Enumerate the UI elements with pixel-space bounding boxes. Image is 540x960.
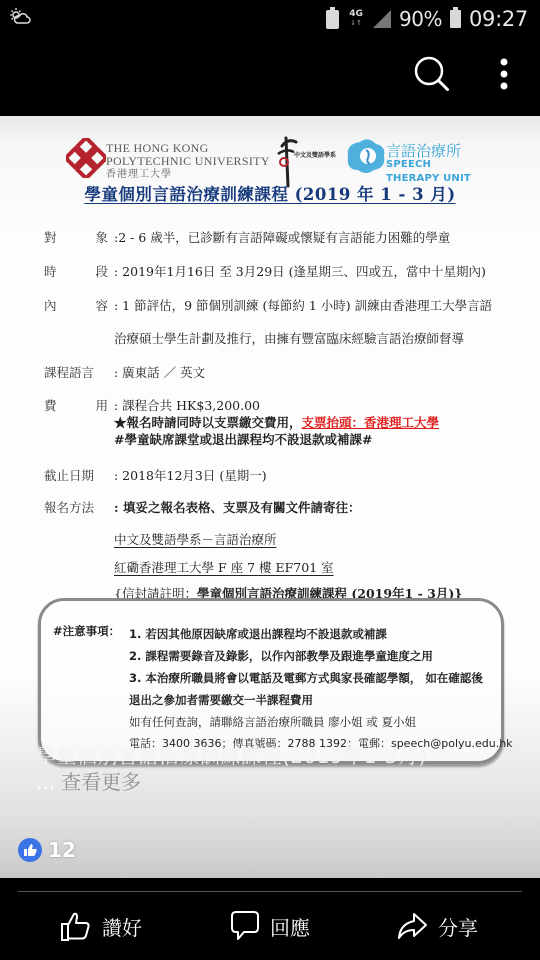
clock-time: 09:27	[469, 7, 528, 31]
notice-items: 1. 若因其他原因缺席或退出課程均不設退款或補課 2. 課程需要錄音及錄影，以作…	[129, 623, 513, 755]
fee-note-refund: #學童缺席課堂或退出課程均不設退款或補課#	[114, 430, 372, 448]
fee-note-cheque: ★報名時請同時以支票繳交費用，支票抬頭：香港理工大學	[114, 413, 439, 431]
more-vertical-icon	[488, 52, 520, 98]
address-line-1: 中文及雙語學系－言語治療所	[114, 530, 277, 548]
post-photo[interactable]: THE HONG KONG POLYTECHNIC UNIVERSITY 香港理…	[0, 116, 540, 878]
app-bar	[0, 38, 540, 116]
dept-name: 中文及雙語學系	[294, 150, 336, 159]
divider	[18, 891, 522, 892]
field-content-continued: 治療碩士學生計劃及推行，由擁有豐富臨床經驗言語治療師督導	[114, 329, 464, 347]
speech-therapy-unit-logo-icon	[344, 138, 386, 176]
notice-label: #注意事項：	[53, 623, 120, 639]
like-reaction-icon	[18, 838, 42, 862]
comment-bubble-icon	[230, 910, 260, 942]
notice-item: 1. 若因其他原因缺席或退出課程均不設退款或補課	[129, 623, 513, 645]
polyu-logo-icon	[66, 138, 106, 178]
post-action-bar: 讚好 回應 分享	[0, 878, 540, 960]
field-application: 報名方法 : 填妥之報名表格、支票及有關文件請寄往：	[44, 498, 360, 516]
share-arrow-icon	[396, 910, 428, 942]
document-title: 學童個別言語治療訓練課程 (2019 年 1 - 3 月)	[0, 181, 540, 205]
address-line-2: 紅磡香港理工大學 F 座 7 樓 EF701 室	[114, 558, 334, 576]
search-icon	[410, 52, 456, 98]
like-count: 12	[48, 838, 76, 862]
comment-button[interactable]: 回應	[230, 908, 310, 944]
field-fee: 費用 : 課程合共 HK$3,200.00	[44, 396, 260, 414]
reactions-summary[interactable]: 12	[18, 838, 76, 862]
field-deadline: 截止日期 : 2018年12月3日 (星期一)	[44, 466, 267, 484]
search-button[interactable]	[410, 52, 456, 98]
see-more-link[interactable]: ...查看更多	[36, 766, 141, 795]
logo-row: THE HONG KONG POLYTECHNIC UNIVERSITY 香港理…	[66, 132, 486, 188]
field-language: 課程語言 : 廣東話 ／ 英文	[44, 363, 205, 381]
share-button[interactable]: 分享	[396, 908, 478, 944]
post-caption: 學童個別言語治療訓練課程(2019年1-3月)	[36, 740, 427, 769]
field-target: 對象 :2 - 6 歲半，已診斷有言語障礙或懷疑有言語能力困難的學童	[44, 228, 450, 246]
battery-saver-icon	[326, 10, 339, 29]
notice-enquiry: 如有任何查詢，請聯絡言語治療所職員 廖小姐 或 夏小姐	[129, 711, 513, 733]
weather-partly-cloudy-icon	[8, 6, 32, 28]
speech-therapy-unit-text: 言語治療所 SPEECH THERAPY UNIT	[386, 144, 486, 186]
thumbs-up-icon	[60, 910, 92, 942]
field-content: 內容 : 1 節評估，9 節個別訓練 (每節約 1 小時) 訓練由香港理工大學言…	[44, 296, 492, 314]
notice-item: 退出之參加者需要繳交一半課程費用	[129, 689, 513, 711]
more-options-button[interactable]	[488, 52, 520, 98]
notice-item: 3. 本治療所職員將會以電話及電郵方式與家長確認學額， 如在確認後	[129, 667, 513, 689]
battery-percent: 90%	[399, 7, 442, 31]
network-4g-icon: 4G↓↑	[347, 10, 365, 28]
like-button[interactable]: 讚好	[60, 908, 142, 944]
field-period: 時段 : 2019年1月16日 至 3月29日 (逢星期三、四或五，當中十星期內…	[44, 262, 486, 280]
battery-icon	[450, 10, 461, 28]
status-bar: 4G↓↑ 90% 09:27	[0, 0, 540, 38]
signal-strength-icon	[373, 10, 391, 28]
polyu-logo-text: THE HONG KONG POLYTECHNIC UNIVERSITY 香港理…	[106, 142, 270, 181]
chinese-bilingual-dept-logo-icon	[272, 132, 342, 188]
status-icons: 4G↓↑ 90% 09:27	[326, 4, 528, 34]
notice-item: 2. 課程需要錄音及錄影，以作內部教學及跟進學童進度之用	[129, 645, 513, 667]
